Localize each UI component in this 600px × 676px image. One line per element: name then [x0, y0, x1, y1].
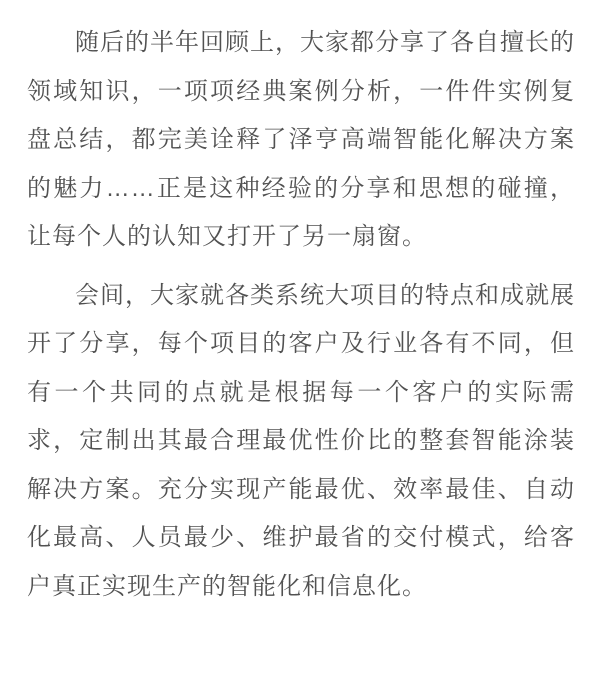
paragraph-review-recap: 随后的半年回顾上，大家都分享了各自擅长的领域知识，一项项经典案例分析，一件件实例… — [27, 19, 575, 262]
paragraph-project-sharing: 会间，大家就各类系统大项目的特点和成就展开了分享，每个项目的客户及行业各有不同，… — [27, 272, 575, 612]
article-body: 随后的半年回顾上，大家都分享了各自擅长的领域知识，一项项经典案例分析，一件件实例… — [0, 0, 600, 611]
